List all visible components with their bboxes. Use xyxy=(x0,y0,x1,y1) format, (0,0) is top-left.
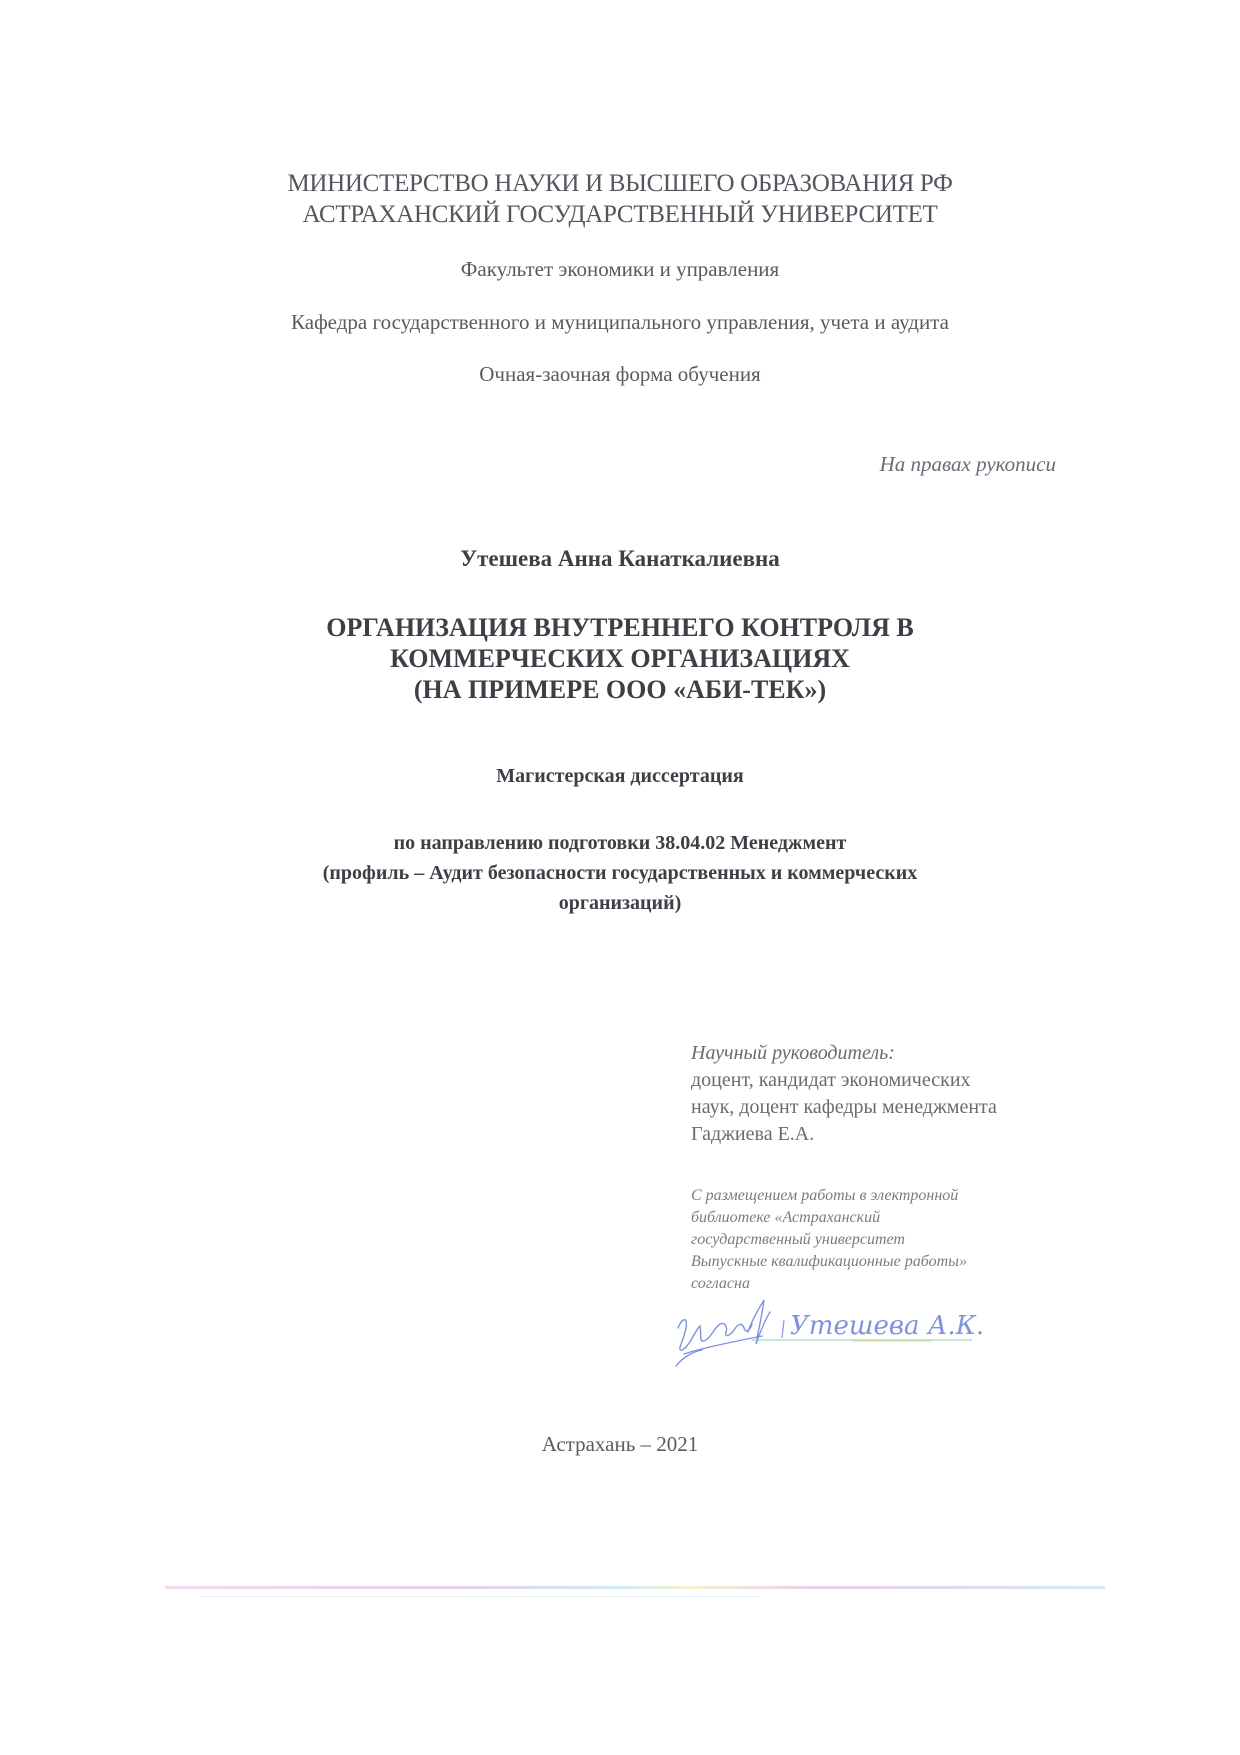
direction-line: организаций) xyxy=(0,888,1240,918)
supervisor-block: Научный руководитель: доцент, кандидат э… xyxy=(691,1040,997,1148)
faculty-name: Факультет экономики и управления xyxy=(0,257,1240,282)
scan-artifact-line xyxy=(165,1586,1105,1589)
consent-line: С размещением работы в электронной xyxy=(691,1185,967,1207)
author-name: Утешева Анна Канаткалиевна xyxy=(0,546,1240,572)
consent-line: Выпускные квалификационные работы» xyxy=(691,1251,967,1273)
city-year: Астрахань – 2021 xyxy=(0,1432,1240,1457)
institution-header: МИНИСТЕРСТВО НАУКИ И ВЫСШЕГО ОБРАЗОВАНИЯ… xyxy=(0,168,1240,230)
thesis-title-line: (НА ПРИМЕРЕ ООО «АБИ-ТЕК») xyxy=(0,674,1240,705)
study-form: Очная-заочная форма обучения xyxy=(0,362,1240,387)
university-name: АСТРАХАНСКИЙ ГОСУДАРСТВЕННЫЙ УНИВЕРСИТЕТ xyxy=(0,199,1240,230)
signature-handwritten-name: Утешева А.К. xyxy=(790,1311,984,1341)
supervisor-title: наук, доцент кафедры менеджмента xyxy=(691,1094,997,1121)
supervisor-title: доцент, кандидат экономических xyxy=(691,1067,997,1094)
consent-line: библиотеке «Астраханский xyxy=(691,1207,967,1229)
library-consent-block: С размещением работы в электронной библи… xyxy=(691,1185,967,1295)
thesis-title-line: КОММЕРЧЕСКИХ ОРГАНИЗАЦИЯХ xyxy=(0,643,1240,674)
scan-artifact-line xyxy=(200,1596,760,1597)
work-type: Магистерская диссертация xyxy=(0,765,1240,788)
supervisor-name: Гаджиева Е.А. xyxy=(691,1121,997,1148)
direction-line: по направлению подготовки 38.04.02 Менед… xyxy=(0,828,1240,858)
thesis-title-line: ОРГАНИЗАЦИЯ ВНУТРЕННЕГО КОНТРОЛЯ В xyxy=(0,612,1240,643)
handwritten-signature: Утешева А.К. xyxy=(672,1292,992,1372)
manuscript-note: На правах рукописи xyxy=(880,452,1056,477)
study-direction: по направлению подготовки 38.04.02 Менед… xyxy=(0,828,1240,918)
supervisor-label: Научный руководитель: xyxy=(691,1040,997,1067)
thesis-title: ОРГАНИЗАЦИЯ ВНУТРЕННЕГО КОНТРОЛЯ В КОММЕ… xyxy=(0,612,1240,705)
department-name: Кафедра государственного и муниципальног… xyxy=(0,310,1240,335)
document-page: МИНИСТЕРСТВО НАУКИ И ВЫСШЕГО ОБРАЗОВАНИЯ… xyxy=(0,0,1240,1755)
ministry-name: МИНИСТЕРСТВО НАУКИ И ВЫСШЕГО ОБРАЗОВАНИЯ… xyxy=(0,168,1240,199)
consent-line: государственный университет xyxy=(691,1229,967,1251)
direction-line: (профиль – Аудит безопасности государств… xyxy=(0,858,1240,888)
